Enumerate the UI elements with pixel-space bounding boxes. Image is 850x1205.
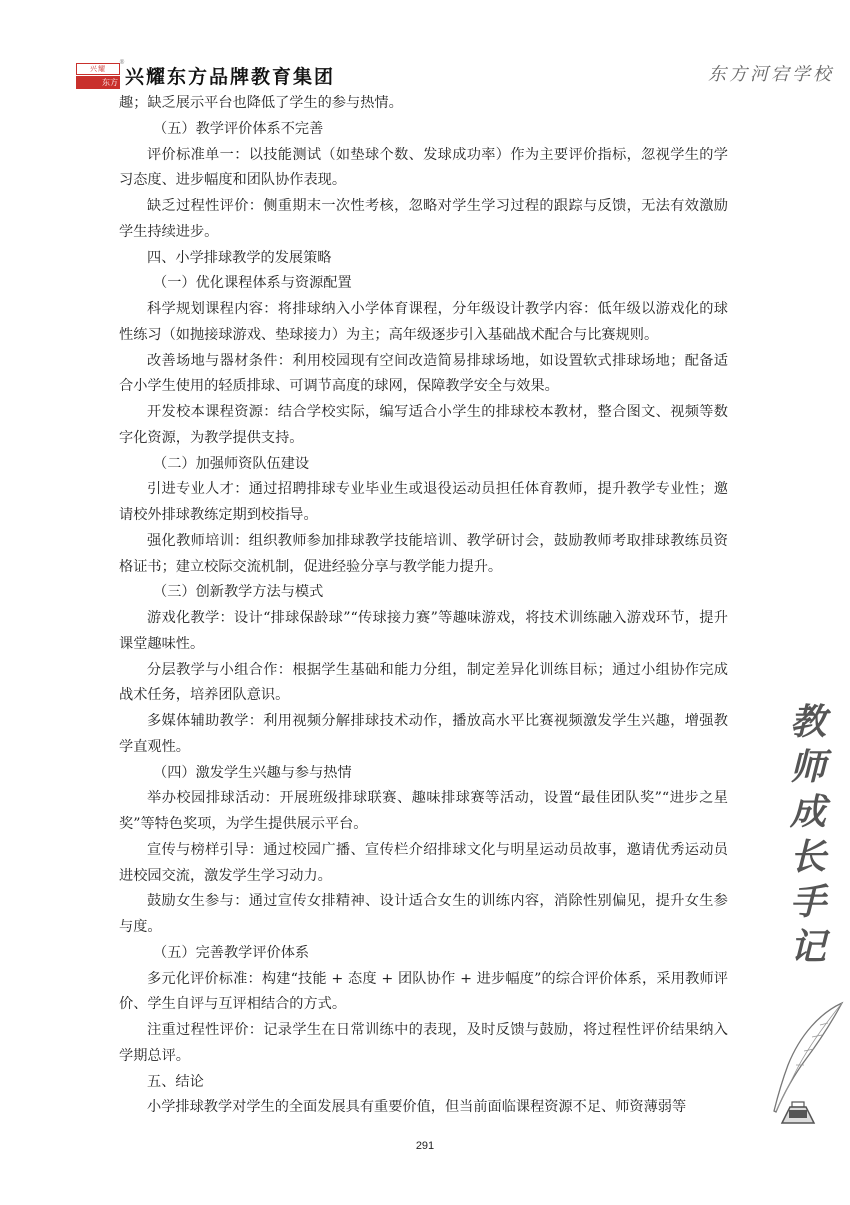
page-header: 兴耀 东方 ® 兴耀东方品牌教育集团 东方河宕学校 bbox=[0, 0, 850, 95]
page-number: 291 bbox=[0, 1140, 850, 1152]
paragraph: 引进专业人才：通过招聘排球专业毕业生或退役运动员担任体育教师，提升教学专业性；邀… bbox=[119, 477, 728, 529]
section-subheading: （五）完善教学评价体系 bbox=[119, 941, 728, 967]
section-subheading: （四）激发学生兴趣与参与热情 bbox=[119, 761, 728, 787]
side-title-char: 成 bbox=[790, 790, 826, 835]
quill-pen-icon bbox=[760, 995, 850, 1125]
section-subheading: （二）加强师资队伍建设 bbox=[119, 452, 728, 478]
side-title-char: 教 bbox=[790, 700, 826, 745]
paragraph: 多元化评价标准：构建“技能 + 态度 + 团队协作 + 进步幅度”的综合评价体系… bbox=[119, 967, 728, 1019]
brand-logo: 兴耀 东方 ® bbox=[76, 63, 120, 89]
paragraph: 改善场地与器材条件：利用校园现有空间改造简易排球场地，如设置软式排球场地；配备适… bbox=[119, 349, 728, 401]
logo-bottom-block: 东方 bbox=[76, 76, 120, 89]
paragraph: 举办校园排球活动：开展班级排球联赛、趣味排球赛等活动，设置“最佳团队奖”“进步之… bbox=[119, 786, 728, 838]
paragraph: 鼓励女生参与：通过宣传女排精神、设计适合女生的训练内容，消除性别偏见，提升女生参… bbox=[119, 889, 728, 941]
side-title-char: 手 bbox=[790, 880, 826, 925]
side-title-char: 师 bbox=[790, 745, 826, 790]
paragraph: 开发校本课程资源：结合学校实际，编写适合小学生的排球校本教材，整合图文、视频等数… bbox=[119, 400, 728, 452]
paragraph: 分层教学与小组合作：根据学生基础和能力分组，制定差异化训练目标；通过小组协作完成… bbox=[119, 658, 728, 710]
section-subheading: （一）优化课程体系与资源配置 bbox=[119, 271, 728, 297]
side-title-char: 记 bbox=[790, 925, 826, 970]
side-title-char: 长 bbox=[790, 835, 826, 880]
paragraph: 游戏化教学：设计“排球保龄球”“传球接力赛”等趣味游戏，将技术训练融入游戏环节，… bbox=[119, 606, 728, 658]
paragraph: 多媒体辅助教学：利用视频分解排球技术动作，播放高水平比赛视频激发学生兴趣，增强教… bbox=[119, 709, 728, 761]
paragraph: 缺乏过程性评价：侧重期末一次性考核，忽略对学生学习过程的跟踪与反馈，无法有效激励… bbox=[119, 194, 728, 246]
group-name: 兴耀东方品牌教育集团 bbox=[125, 62, 335, 89]
paragraph: 科学规划课程内容：将排球纳入小学体育课程，分年级设计教学内容：低年级以游戏化的球… bbox=[119, 297, 728, 349]
section-subheading: （三）创新教学方法与模式 bbox=[119, 580, 728, 606]
paragraph: 注重过程性评价：记录学生在日常训练中的表现，及时反馈与鼓励，将过程性评价结果纳入… bbox=[119, 1018, 728, 1070]
section-heading: 四、小学排球教学的发展策略 bbox=[119, 246, 728, 272]
paragraph: 小学排球教学对学生的全面发展具有重要价值，但当前面临课程资源不足、师资薄弱等 bbox=[119, 1095, 728, 1121]
document-body: 趣；缺乏展示平台也降低了学生的参与热情。 （五）教学评价体系不完善 评价标准单一… bbox=[119, 91, 728, 1121]
paragraph: 强化教师培训：组织教师参加排球教学技能培训、教学研讨会，鼓励教师考取排球教练员资… bbox=[119, 529, 728, 581]
section-subheading: （五）教学评价体系不完善 bbox=[119, 117, 728, 143]
logo-bottom-text: 东方 bbox=[102, 76, 118, 89]
section-heading: 五、结论 bbox=[119, 1070, 728, 1096]
school-name: 东方河宕学校 bbox=[708, 60, 834, 86]
paragraph: 评价标准单一：以技能测试（如垫球个数、发球成功率）作为主要评价指标，忽视学生的学… bbox=[119, 143, 728, 195]
paragraph: 宣传与榜样引导：通过校园广播、宣传栏介绍排球文化与明星运动员故事，邀请优秀运动员… bbox=[119, 838, 728, 890]
paragraph: 趣；缺乏展示平台也降低了学生的参与热情。 bbox=[119, 91, 728, 117]
side-calligraphy-title: 教 师 成 长 手 记 bbox=[778, 700, 838, 970]
logo-top-text: 兴耀 bbox=[76, 63, 120, 75]
